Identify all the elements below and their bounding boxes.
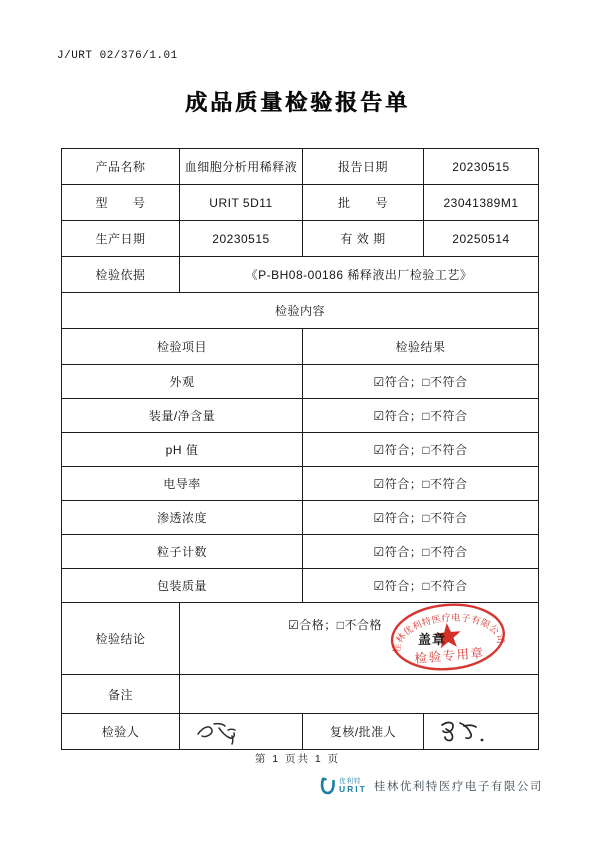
table-row: 检验项目 检验结果 (62, 329, 539, 365)
batch-value: 23041389M1 (424, 185, 539, 221)
inspection-item-row: 包装质量 ☑符合；□不符合 (62, 569, 539, 603)
inspection-item-row: 电导率 ☑符合；□不符合 (62, 467, 539, 501)
item-result: ☑符合；□不符合 (303, 467, 539, 501)
remark-value (180, 675, 539, 714)
item-result: ☑符合；□不符合 (303, 433, 539, 467)
inspection-item-row: 外观 ☑符合；□不符合 (62, 365, 539, 399)
table-row: 检验人 复核/批准人 (62, 714, 539, 750)
logo-english: URIT (339, 785, 367, 794)
inspection-seal: 桂林优利特医疗电子有限公司 检验专用章 (386, 603, 510, 675)
report-date-value: 20230515 (424, 149, 539, 185)
basis-value: 《P-BH08-00186 稀释液出厂检验工艺》 (180, 257, 539, 293)
item-name: pH 值 (62, 433, 303, 467)
conclusion-value: ☑合格；□不合格 (288, 616, 382, 633)
page-title: 成品质量检验报告单 (0, 86, 595, 117)
expiry-date-value: 20250514 (424, 221, 539, 257)
section-title: 检验内容 (62, 293, 539, 329)
inspection-item-row: 装量/净含量 ☑符合；□不符合 (62, 399, 539, 433)
seal-graphic: 桂林优利特医疗电子有限公司 检验专用章 (386, 603, 510, 675)
inspection-item-row: 粒子计数 ☑符合；□不符合 (62, 535, 539, 569)
reviewer-signature (436, 717, 502, 747)
item-name: 外观 (62, 365, 303, 399)
conclusion-cell: ☑合格；□不合格 盖章 桂林优利特医疗电子有限公司 检验专用章 (180, 603, 539, 675)
inspection-item-row: 渗透浓度 ☑符合；□不符合 (62, 501, 539, 535)
item-result: ☑符合；□不符合 (303, 569, 539, 603)
item-result: ☑符合；□不符合 (303, 365, 539, 399)
table-row: 检验依据 《P-BH08-00186 稀释液出厂检验工艺》 (62, 257, 539, 293)
batch-label: 批 号 (303, 185, 424, 221)
item-name: 渗透浓度 (62, 501, 303, 535)
footer-company-name: 桂林优利特医疗电子有限公司 (374, 778, 543, 794)
inspector-signature-cell (180, 714, 303, 750)
item-name: 装量/净含量 (62, 399, 303, 433)
item-result: ☑符合；□不符合 (303, 501, 539, 535)
report-date-label: 报告日期 (303, 149, 424, 185)
production-date-label: 生产日期 (62, 221, 180, 257)
urit-logo-text: 优利特 URIT (339, 779, 367, 794)
inspection-report-table: 产品名称 血细胞分析用稀释液 报告日期 20230515 型 号 URIT 5D… (61, 148, 539, 750)
table-row: 型 号 URIT 5D11 批 号 23041389M1 (62, 185, 539, 221)
reviewer-signature-cell (424, 714, 539, 750)
model-label: 型 号 (62, 185, 180, 221)
table-row: 检验内容 (62, 293, 539, 329)
table-row: 备注 (62, 675, 539, 714)
expiry-date-label: 有 效 期 (303, 221, 424, 257)
model-value: URIT 5D11 (180, 185, 303, 221)
item-result: ☑符合；□不符合 (303, 399, 539, 433)
inspection-item-row: pH 值 ☑符合；□不符合 (62, 433, 539, 467)
page-number: 第 1 页共 1 页 (0, 751, 595, 766)
item-name: 电导率 (62, 467, 303, 501)
item-name: 包装质量 (62, 569, 303, 603)
stamp-here-label: 盖章 (418, 629, 446, 648)
reviewer-label: 复核/批准人 (303, 714, 424, 750)
conclusion-label: 检验结论 (62, 603, 180, 675)
scanned-report-page: { "page": { "doc_code": "J/URT 02/376/1.… (0, 0, 595, 842)
item-name: 粒子计数 (62, 535, 303, 569)
document-code: J/URT 02/376/1.01 (57, 50, 178, 62)
footer-brand: 优利特 URIT 桂林优利特医疗电子有限公司 (318, 776, 543, 796)
production-date-value: 20230515 (180, 221, 303, 257)
inspector-signature (192, 718, 264, 746)
item-result: ☑符合；□不符合 (303, 535, 539, 569)
basis-label: 检验依据 (62, 257, 180, 293)
svg-text:桂林优利特医疗电子有限公司: 桂林优利特医疗电子有限公司 (387, 607, 506, 654)
seal-company-text: 桂林优利特医疗电子有限公司 (387, 607, 506, 654)
product-name-value: 血细胞分析用稀释液 (180, 149, 303, 185)
table-row: 检验结论 ☑合格；□不合格 盖章 桂林优利特医疗电子有限公司 检验专用章 (62, 603, 539, 675)
remark-label: 备注 (62, 675, 180, 714)
column-header-result: 检验结果 (303, 329, 539, 365)
seal-bottom-text: 检验专用章 (414, 645, 485, 666)
inspector-label: 检验人 (62, 714, 180, 750)
urit-logo-icon (318, 776, 337, 796)
table-row: 生产日期 20230515 有 效 期 20250514 (62, 221, 539, 257)
product-name-label: 产品名称 (62, 149, 180, 185)
column-header-item: 检验项目 (62, 329, 303, 365)
table-row: 产品名称 血细胞分析用稀释液 报告日期 20230515 (62, 149, 539, 185)
